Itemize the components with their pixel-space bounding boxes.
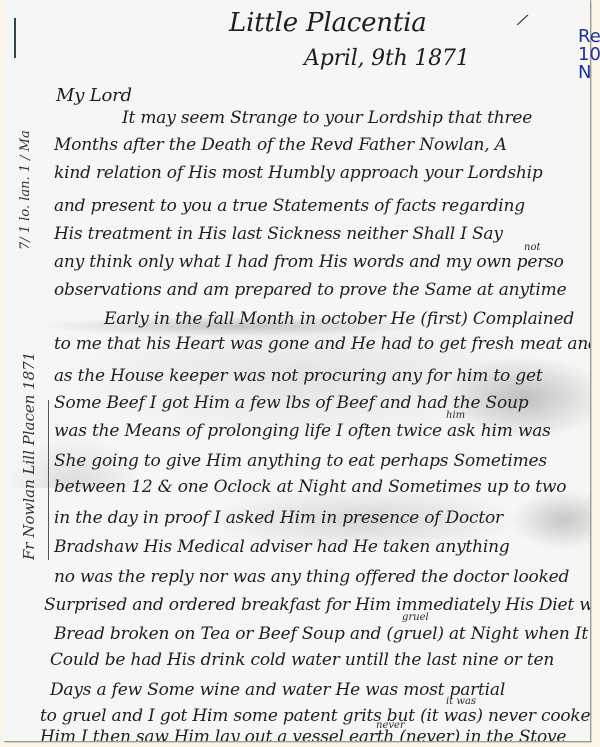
letter-line: Early in the fall Month in october He (f…	[104, 309, 574, 329]
letter-line: to me that his Heart was gone and He had…	[54, 334, 591, 354]
letter-line: Could be had His drink cold water untill…	[50, 650, 554, 670]
letter-line: Days a few Some wine and water He was mo…	[50, 680, 505, 700]
insertion-him: him	[446, 410, 465, 421]
letter-line: to gruel and I got Him some patent grits…	[40, 706, 591, 726]
letter-line: no was the reply nor was any thing offer…	[54, 567, 569, 587]
letter-line: observations and am prepared to prove th…	[54, 280, 566, 300]
letter-line: Bread broken on Tea or Beef Soup and (gr…	[54, 624, 588, 644]
letter-line: She going to give Him anything to eat pe…	[54, 451, 547, 471]
letter-line: Surprised and ordered breakfast for Him …	[44, 595, 591, 615]
letter-line: Him I then saw Him lay out a vessel eart…	[40, 727, 566, 742]
letter-line: between 12 & one Oclock at Night and Som…	[54, 477, 566, 497]
letter-line: kind relation of His most Humbly approac…	[54, 163, 543, 183]
letter-heading-place: Little Placentia	[229, 8, 427, 38]
document-page: Little Placentia April, 9th 1871 / My Lo…	[0, 0, 600, 747]
letter-salutation: My Lord	[56, 85, 132, 106]
letter-line: It may seem Strange to your Lordship tha…	[122, 108, 532, 128]
letter-line: His treatment in His last Sickness neith…	[54, 224, 503, 244]
letter-line: Months after the Death of the Revd Fathe…	[54, 135, 507, 155]
scanned-letter: Little Placentia April, 9th 1871 / My Lo…	[4, 0, 591, 742]
letter-line: was the Means of prolonging life I often…	[54, 421, 551, 441]
margin-note-top-left: 7/ 1 lo. lan. 1 / Ma	[18, 130, 33, 250]
margin-rule-line	[48, 400, 49, 560]
page-mark: /	[517, 10, 529, 30]
blue-ink-annotation: Ret 10 N	[578, 28, 600, 82]
letter-line: Bradshaw His Medical adviser had He take…	[54, 537, 510, 557]
margin-tick-mark	[14, 18, 16, 58]
letter-line: any think only what I had from His words…	[54, 252, 564, 272]
insertion-gruel: gruel	[402, 612, 429, 623]
letter-heading-date: April, 9th 1871	[304, 46, 470, 71]
letter-line: as the House keeper was not procuring an…	[54, 366, 542, 386]
photocopy-smudge-lower	[124, 490, 590, 570]
letter-line: and present to you a true Statements of …	[54, 196, 525, 216]
letter-line: in the day in proof I asked Him in prese…	[54, 508, 503, 528]
margin-note-bottom-left: Fr Nowlan Lill Placen 1871	[20, 352, 38, 560]
